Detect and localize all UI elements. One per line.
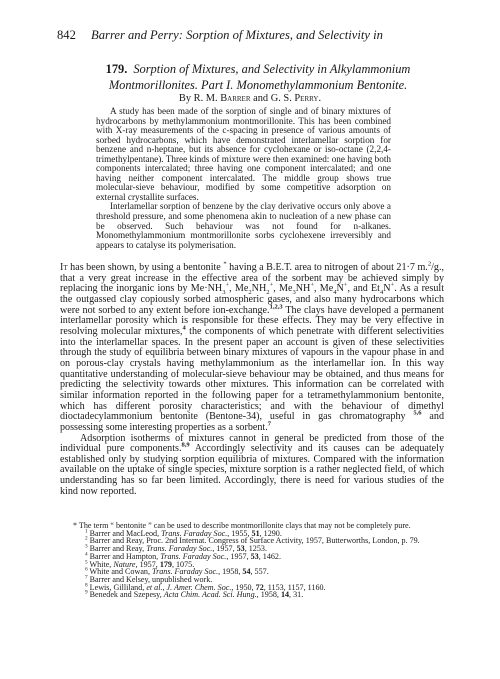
ref-journal: Acta Chim. Acad. Sci. Hung. [164,590,257,599]
text: N [337,283,344,294]
ref-year: , 1958, [218,567,242,576]
ref-volume: 53 [251,552,259,561]
citation-1-2-3: 1,2,3 [270,303,283,310]
byline: By R. M. Barrer and G. S. Perry. [0,93,500,105]
ref-pages: , 31. [289,590,303,599]
running-title: Barrer and Perry: Sorption of Mixtures, … [91,28,383,42]
text: , and Et [348,283,381,294]
byline-and: and [253,93,268,104]
text: N [383,283,390,294]
journal-page: 842 Barrer and Perry: Sorption of Mixtur… [0,0,500,679]
running-head: 842 Barrer and Perry: Sorption of Mixtur… [57,28,383,42]
text: , Me [314,283,333,294]
abstract-paragraph-2: Interlamellar sorption of benzene by the… [96,202,391,250]
byline-prefix: By [179,93,191,104]
footnotes: * The term “ bentonite ” can be used to … [61,522,421,599]
lead-in: It [60,262,68,273]
citation-8-9: 8,9 [181,442,189,449]
ref-year: , 1957, [226,552,250,561]
title-line-2: Montmorillonites. Part I. Monomethylammo… [109,78,407,92]
text: the components of which penetrate with d… [60,326,444,422]
text: having a B.E.T. area to nitrogen of abou… [227,262,428,273]
author-1: R. M. Barrer [194,93,251,104]
ref-number: 8 [85,582,88,588]
abstract: A study has been made of the sorption of… [96,107,391,250]
reference-9: 9 Benedek and Szepesy, Acta Chim. Acad. … [61,591,421,599]
ref-number: 3 [85,543,88,549]
ref-number: 9 [85,590,88,596]
text: NH [296,283,311,294]
text: has been shown, by using a bentonite [68,262,221,273]
text: NH [252,283,267,294]
ref-volume: 14 [281,590,289,599]
ref-number: 2 [85,536,88,542]
abstract-paragraph-1: A study has been made of the sorption of… [96,107,391,202]
title-line-1: Sorption of Mixtures, and Selectivity in… [133,62,410,76]
ref-authors: Benedek and Szepesy, [90,590,164,599]
ref-number: 6 [85,567,88,573]
article-number: 179. [106,62,128,76]
text: , Me [273,283,292,294]
ref-number: 4 [85,551,88,557]
ref-year: , 1958, [257,590,281,599]
article-title: 179.Sorption of Mixtures, and Selectivit… [78,61,438,93]
body-text: It has been shown, by using a bentonite … [60,263,444,497]
ref-number: 1 [85,528,88,534]
citation-5-6: 5,6 [413,410,421,417]
citation-7: 7 [268,420,271,427]
ref-volume: 54 [242,567,250,576]
ref-number: 7 [85,574,88,580]
ref-number: 5 [85,559,88,565]
page-number: 842 [57,28,76,42]
body-paragraph-2: Adsorption isotherms of mixtures cannot … [60,434,444,498]
author-2: G. S. Perry. [271,93,321,104]
body-paragraph-1: It has been shown, by using a bentonite … [60,263,444,434]
ref-pages: , 1462. [259,552,281,561]
text: , Me [229,283,248,294]
ref-pages: , 557. [251,567,269,576]
